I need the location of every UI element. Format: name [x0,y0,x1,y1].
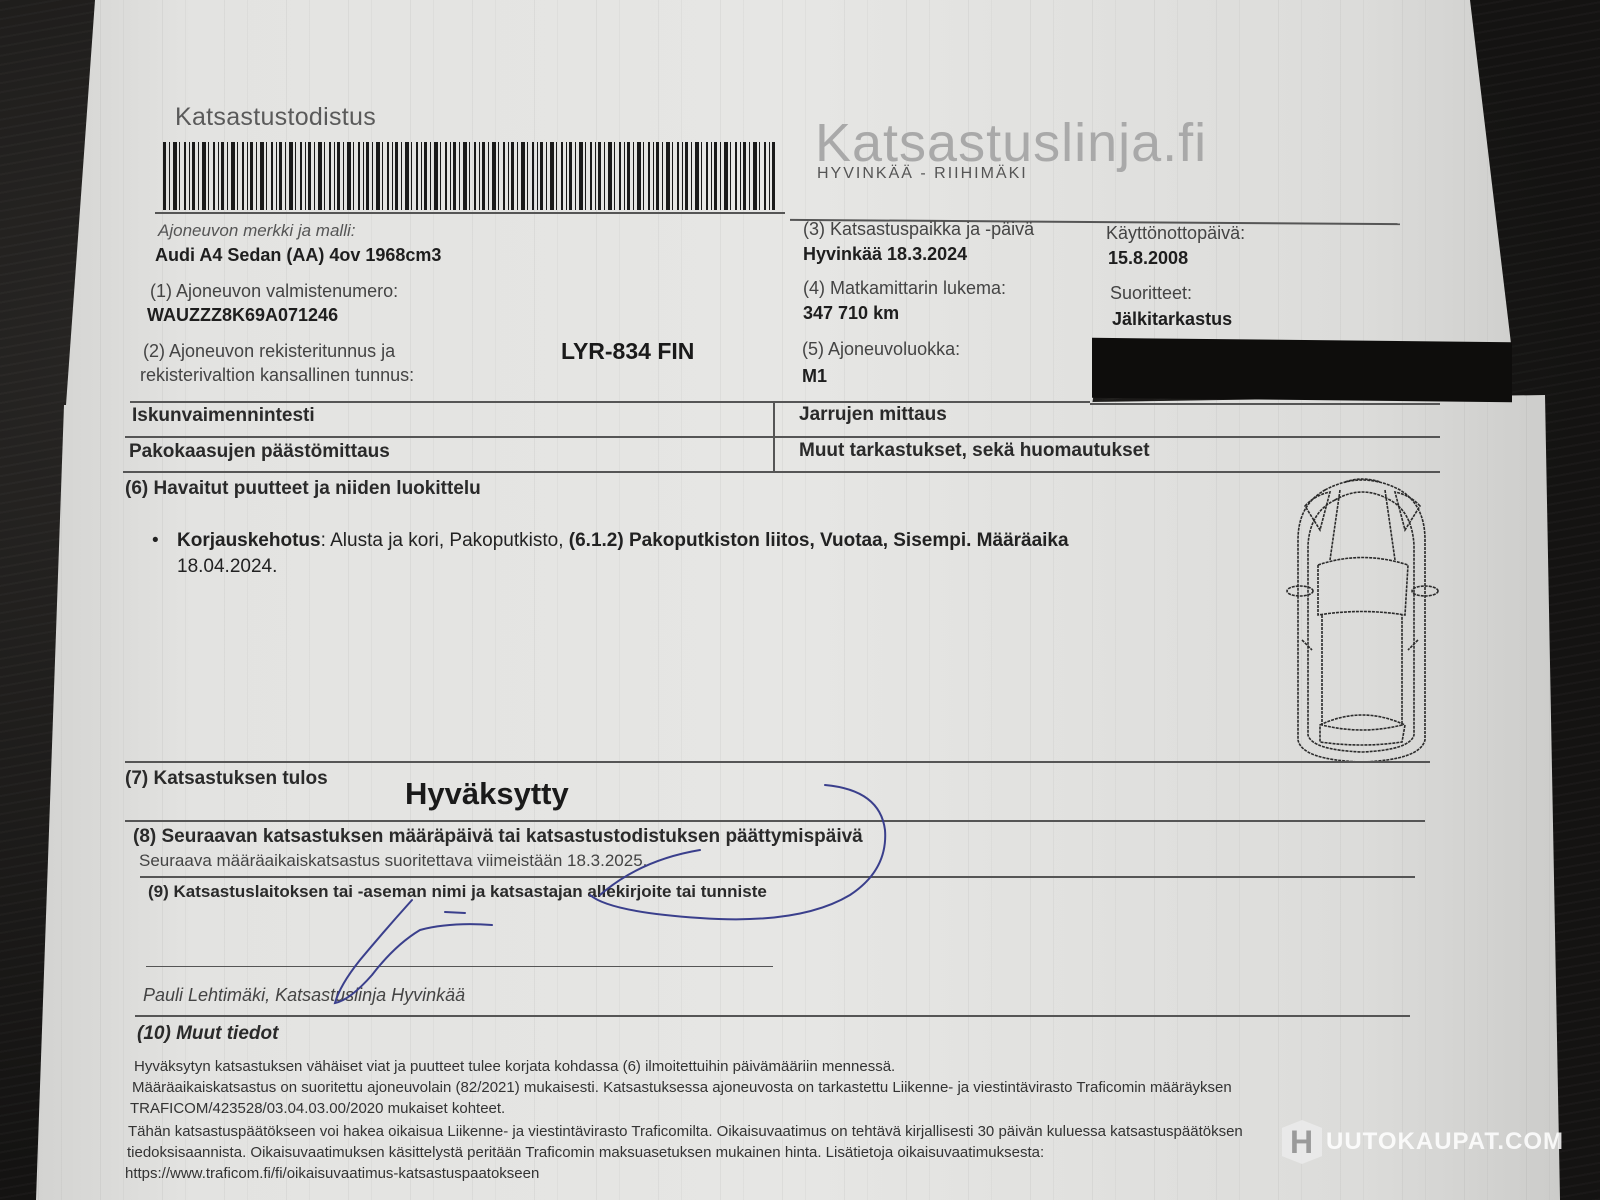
handwritten-signature-icon [0,0,1600,1200]
watermark-cube-icon: H [1282,1120,1322,1164]
watermark-text: UUTOKAUPAT.COM [1326,1128,1564,1156]
watermark-logo: H UUTOKAUPAT.COM [1282,1120,1564,1164]
inspection-certificate: Katsastustodistus Katsastuslinja.fi HYVI… [0,0,1600,1200]
